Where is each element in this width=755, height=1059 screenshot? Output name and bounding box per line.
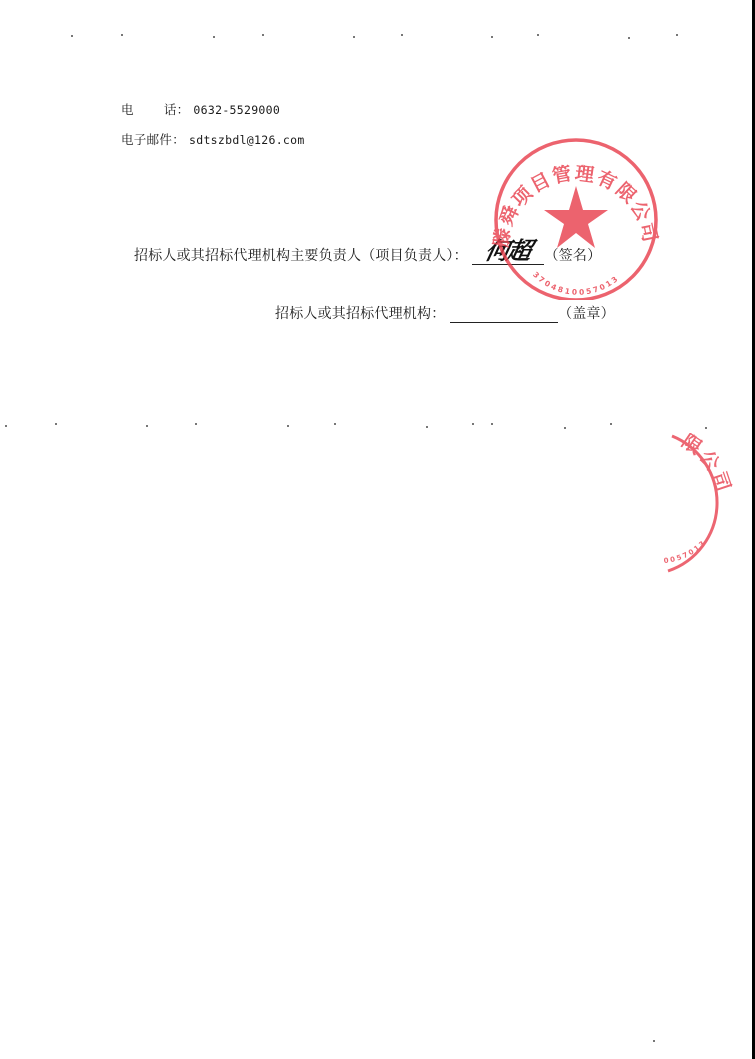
phone-value: 0632-5529000 xyxy=(193,103,280,117)
principal-signature: 何超 xyxy=(483,231,534,266)
principal-signature-field[interactable]: 何超 xyxy=(472,246,544,265)
agency-label: 招标人或其招标代理机构： xyxy=(275,306,445,322)
principal-suffix: （签名） xyxy=(544,248,601,264)
svg-text:0057013: 0057013 xyxy=(663,538,708,565)
principal-label: 招标人或其招标代理机构主要负责人（项目负责人）： xyxy=(134,248,468,264)
svg-text:限公司: 限公司 xyxy=(678,433,736,497)
star-icon xyxy=(544,186,608,248)
partial-seal-number: 0057013 xyxy=(663,538,708,565)
agency-suffix: （盖章） xyxy=(558,306,615,322)
agency-seal-row: 招标人或其招标代理机构： （盖章） xyxy=(275,303,615,323)
scan-speck xyxy=(653,1040,655,1042)
phone-label: 电话： xyxy=(121,100,189,118)
partial-seal-stamp: 限公司 0057013 xyxy=(580,433,755,573)
company-seal-stamp: 滕舜项目管理有限公司 3704810057013 xyxy=(490,138,662,300)
phone-row: 电话：0632-5529000 xyxy=(121,100,280,118)
principal-signature-row: 招标人或其招标代理机构主要负责人（项目负责人）： 何超 （签名） xyxy=(134,245,601,265)
agency-seal-field[interactable] xyxy=(450,304,558,323)
email-label: 电子邮件： xyxy=(121,130,185,148)
email-row: 电子邮件：sdtszbdl@126.com xyxy=(121,130,305,148)
svg-text:3704810057013: 3704810057013 xyxy=(531,270,621,297)
email-value: sdtszbdl@126.com xyxy=(189,133,305,147)
partial-seal-text: 限公司 xyxy=(678,433,736,497)
seal-number: 3704810057013 xyxy=(531,270,621,297)
